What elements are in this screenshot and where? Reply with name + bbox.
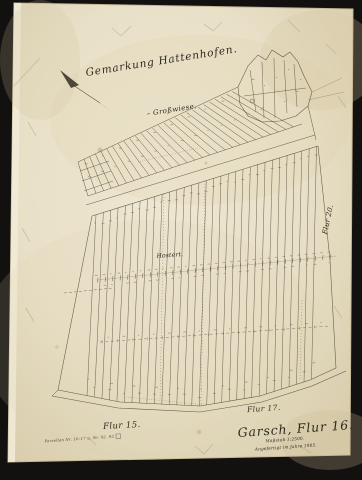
- cadastral-map-sheet: Gemarkung Hattenhofen. – Großwiese. Host…: [0, 0, 362, 480]
- flur-label-bottom-left: Flur 15.: [102, 420, 141, 432]
- photo-backdrop: Gemarkung Hattenhofen. – Großwiese. Host…: [0, 0, 362, 480]
